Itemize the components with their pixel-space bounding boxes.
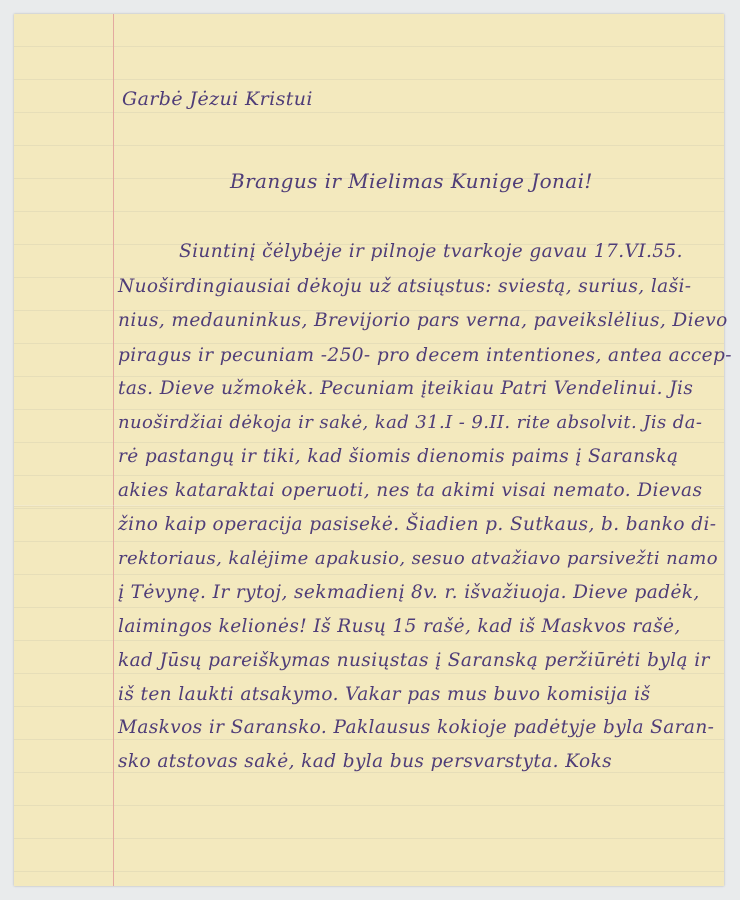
body-line: nuoširdžiai dėkoja ir sakė, kad 31.I - 9…: [118, 412, 702, 433]
letter-greeting: Garbė Jėzui Kristui: [122, 88, 313, 110]
body-line: rė pastangų ir tiki, kad šiomis dienomis…: [118, 446, 678, 467]
body-line: Maskvos ir Saransko. Paklausus kokioje p…: [118, 717, 714, 738]
body-line: rektoriaus, kalėjime apakusio, sesuo atv…: [118, 548, 718, 569]
body-line: akies kataraktai operuoti, nes ta akimi …: [118, 480, 702, 501]
body-line: į Tėvynę. Ir rytoj, sekmadienį 8v. r. iš…: [118, 582, 700, 603]
body-line: piragus ir pecuniam -250- pro decem inte…: [118, 345, 732, 366]
body-line: Siuntinį čėlybėje ir pilnoje tvarkoje ga…: [179, 241, 683, 262]
body-line: iš ten laukti atsakymo. Vakar pas mus bu…: [118, 684, 650, 705]
body-line: žino kaip operacija pasisekė. Šiadien p.…: [118, 514, 716, 535]
body-line: nius, medauninkus, Brevijorio pars verna…: [118, 310, 728, 331]
body-line: laimingos kelionės! Iš Rusų 15 rašė, kad…: [118, 616, 681, 637]
body-line: sko atstovas sakė, kad byla bus persvars…: [118, 751, 612, 772]
body-line: tas. Dieve užmokėk. Pecuniam įteikiau Pa…: [118, 378, 693, 399]
body-line: kad Jūsų pareiškymas nusiųstas į Saransk…: [118, 650, 710, 671]
fold-crease: [14, 505, 724, 507]
letter-salutation: Brangus ir Mielimas Kunige Jonai!: [230, 169, 593, 193]
margin-line: [113, 14, 114, 886]
letter-page: Garbė Jėzui Kristui Brangus ir Mielimas …: [14, 14, 724, 886]
body-line: Nuoširdingiausiai dėkoju už atsiųstus: s…: [118, 276, 691, 297]
